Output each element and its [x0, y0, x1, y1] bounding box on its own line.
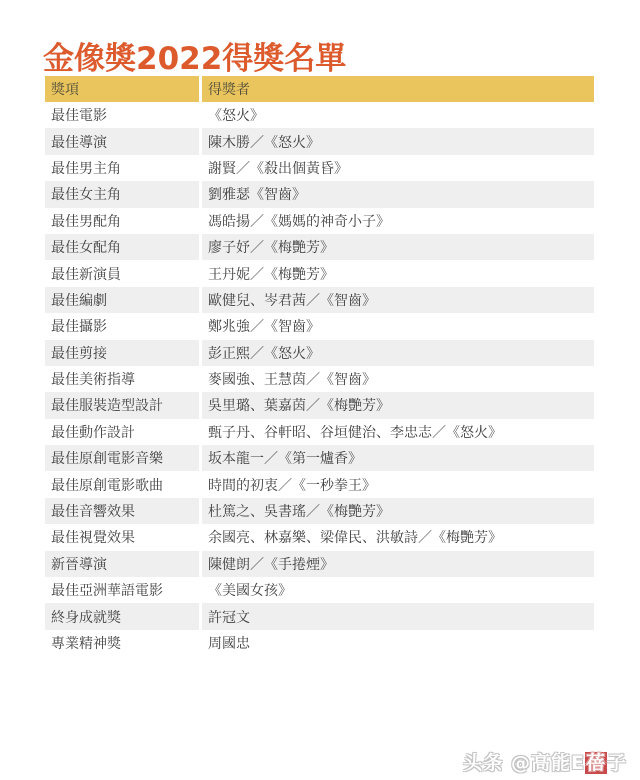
table-row: 專業精神獎 周國忠 — [45, 630, 594, 656]
table-row: 最佳女配角 廖子妤／《梅艷芳》 — [45, 234, 594, 260]
table-row: 最佳剪接 彭正熙／《怒火》 — [45, 340, 594, 366]
winner-cell: 彭正熙／《怒火》 — [199, 340, 594, 366]
winner-cell: 謝賢／《殺出個黃昏》 — [199, 155, 594, 181]
watermark-suffix: 子 — [607, 752, 627, 774]
table-row: 最佳男主角 謝賢／《殺出個黃昏》 — [45, 155, 594, 181]
winner-cell: 許冠文 — [199, 603, 594, 629]
award-name-cell: 最佳原創電影歌曲 — [45, 471, 199, 497]
award-name-cell: 最佳女主角 — [45, 181, 199, 207]
awards-table-body: 最佳電影 《怒火》 最佳導演 陳木勝／《怒火》 最佳男主角 謝賢／《殺出個黃昏》… — [45, 102, 594, 656]
winner-cell: 《美國女孩》 — [199, 577, 594, 603]
winner-cell: 廖子妤／《梅艷芳》 — [199, 234, 594, 260]
table-row: 最佳原創電影歌曲 時間的初衷／《一秒拳王》 — [45, 471, 594, 497]
table-row: 終身成就獎 許冠文 — [45, 603, 594, 629]
award-name-cell: 最佳編劇 — [45, 287, 199, 313]
table-row: 新晉導演 陳健朗／《手捲煙》 — [45, 551, 594, 577]
award-name-cell: 最佳剪接 — [45, 340, 199, 366]
award-name-cell: 最佳音響效果 — [45, 498, 199, 524]
winner-cell: 馮皓揚／《媽媽的神奇小子》 — [199, 208, 594, 234]
table-row: 最佳電影 《怒火》 — [45, 102, 594, 128]
award-name-cell: 最佳導演 — [45, 128, 199, 154]
award-name-cell: 最佳視覺效果 — [45, 524, 199, 550]
winner-cell: 陳健朗／《手捲煙》 — [199, 551, 594, 577]
award-name-cell: 最佳原創電影音樂 — [45, 445, 199, 471]
winner-cell: 歐健兒、岑君茜／《智齒》 — [199, 287, 594, 313]
winner-cell: 周國忠 — [199, 630, 594, 656]
page-title: 金像獎2022得獎名單 — [43, 33, 346, 78]
award-name-cell: 最佳服裝造型設計 — [45, 392, 199, 418]
table-row: 最佳新演員 王丹妮／《梅艷芳》 — [45, 260, 594, 286]
table-row: 最佳攝影 鄭兆強／《智齒》 — [45, 313, 594, 339]
award-name-cell: 最佳電影 — [45, 102, 199, 128]
winner-cell: 王丹妮／《梅艷芳》 — [199, 260, 594, 286]
winner-cell: 陳木勝／《怒火》 — [199, 128, 594, 154]
award-name-cell: 專業精神獎 — [45, 630, 199, 656]
award-name-cell: 最佳新演員 — [45, 260, 199, 286]
table-row: 最佳女主角 劉雅瑟《智齒》 — [45, 181, 594, 207]
watermark-highlight: 蓓 — [585, 752, 607, 774]
award-name-cell: 最佳男配角 — [45, 208, 199, 234]
award-name-cell: 新晉導演 — [45, 551, 199, 577]
column-header-winner: 得獎者 — [199, 76, 594, 102]
award-name-cell: 最佳男主角 — [45, 155, 199, 181]
award-name-cell: 最佳動作設計 — [45, 419, 199, 445]
column-header-award: 獎項 — [45, 76, 199, 102]
article-image: { "page": { "title": "金像獎2022得獎名單" }, "t… — [0, 0, 640, 780]
awards-table: 獎項 得獎者 最佳電影 《怒火》 最佳導演 陳木勝／《怒火》 最佳男主角 謝賢／… — [45, 76, 594, 656]
winner-cell: 劉雅瑟《智齒》 — [199, 181, 594, 207]
watermark-prefix: 头条 @高能E — [463, 752, 585, 774]
watermark: 头条 @高能E蓓子 — [463, 748, 627, 775]
header-row: 獎項 得獎者 — [45, 76, 594, 102]
award-name-cell: 終身成就獎 — [45, 603, 199, 629]
winner-cell: 時間的初衷／《一秒拳王》 — [199, 471, 594, 497]
winner-cell: 坂本龍一／《第一爐香》 — [199, 445, 594, 471]
winner-cell: 麥國強、王慧茵／《智齒》 — [199, 366, 594, 392]
table-row: 最佳視覺效果 余國亮、林嘉樂、梁偉民、洪敏詩／《梅艷芳》 — [45, 524, 594, 550]
table-row: 最佳音響效果 杜篤之、吳書瑤／《梅艷芳》 — [45, 498, 594, 524]
award-name-cell: 最佳美術指導 — [45, 366, 199, 392]
awards-table-header: 獎項 得獎者 — [45, 76, 594, 102]
table-row: 最佳原創電影音樂 坂本龍一／《第一爐香》 — [45, 445, 594, 471]
table-row: 最佳導演 陳木勝／《怒火》 — [45, 128, 594, 154]
winner-cell: 吳里璐、葉嘉茵／《梅艷芳》 — [199, 392, 594, 418]
winner-cell: 《怒火》 — [199, 102, 594, 128]
award-name-cell: 最佳亞洲華語電影 — [45, 577, 199, 603]
table-row: 最佳動作設計 甄子丹、谷軒昭、谷垣健治、李忠志／《怒火》 — [45, 419, 594, 445]
table-row: 最佳編劇 歐健兒、岑君茜／《智齒》 — [45, 287, 594, 313]
award-name-cell: 最佳女配角 — [45, 234, 199, 260]
winner-cell: 鄭兆強／《智齒》 — [199, 313, 594, 339]
winner-cell: 甄子丹、谷軒昭、谷垣健治、李忠志／《怒火》 — [199, 419, 594, 445]
winner-cell: 余國亮、林嘉樂、梁偉民、洪敏詩／《梅艷芳》 — [199, 524, 594, 550]
table-row: 最佳服裝造型設計 吳里璐、葉嘉茵／《梅艷芳》 — [45, 392, 594, 418]
table-row: 最佳男配角 馮皓揚／《媽媽的神奇小子》 — [45, 208, 594, 234]
award-name-cell: 最佳攝影 — [45, 313, 199, 339]
winner-cell: 杜篤之、吳書瑤／《梅艷芳》 — [199, 498, 594, 524]
table-row: 最佳美術指導 麥國強、王慧茵／《智齒》 — [45, 366, 594, 392]
table-row: 最佳亞洲華語電影 《美國女孩》 — [45, 577, 594, 603]
